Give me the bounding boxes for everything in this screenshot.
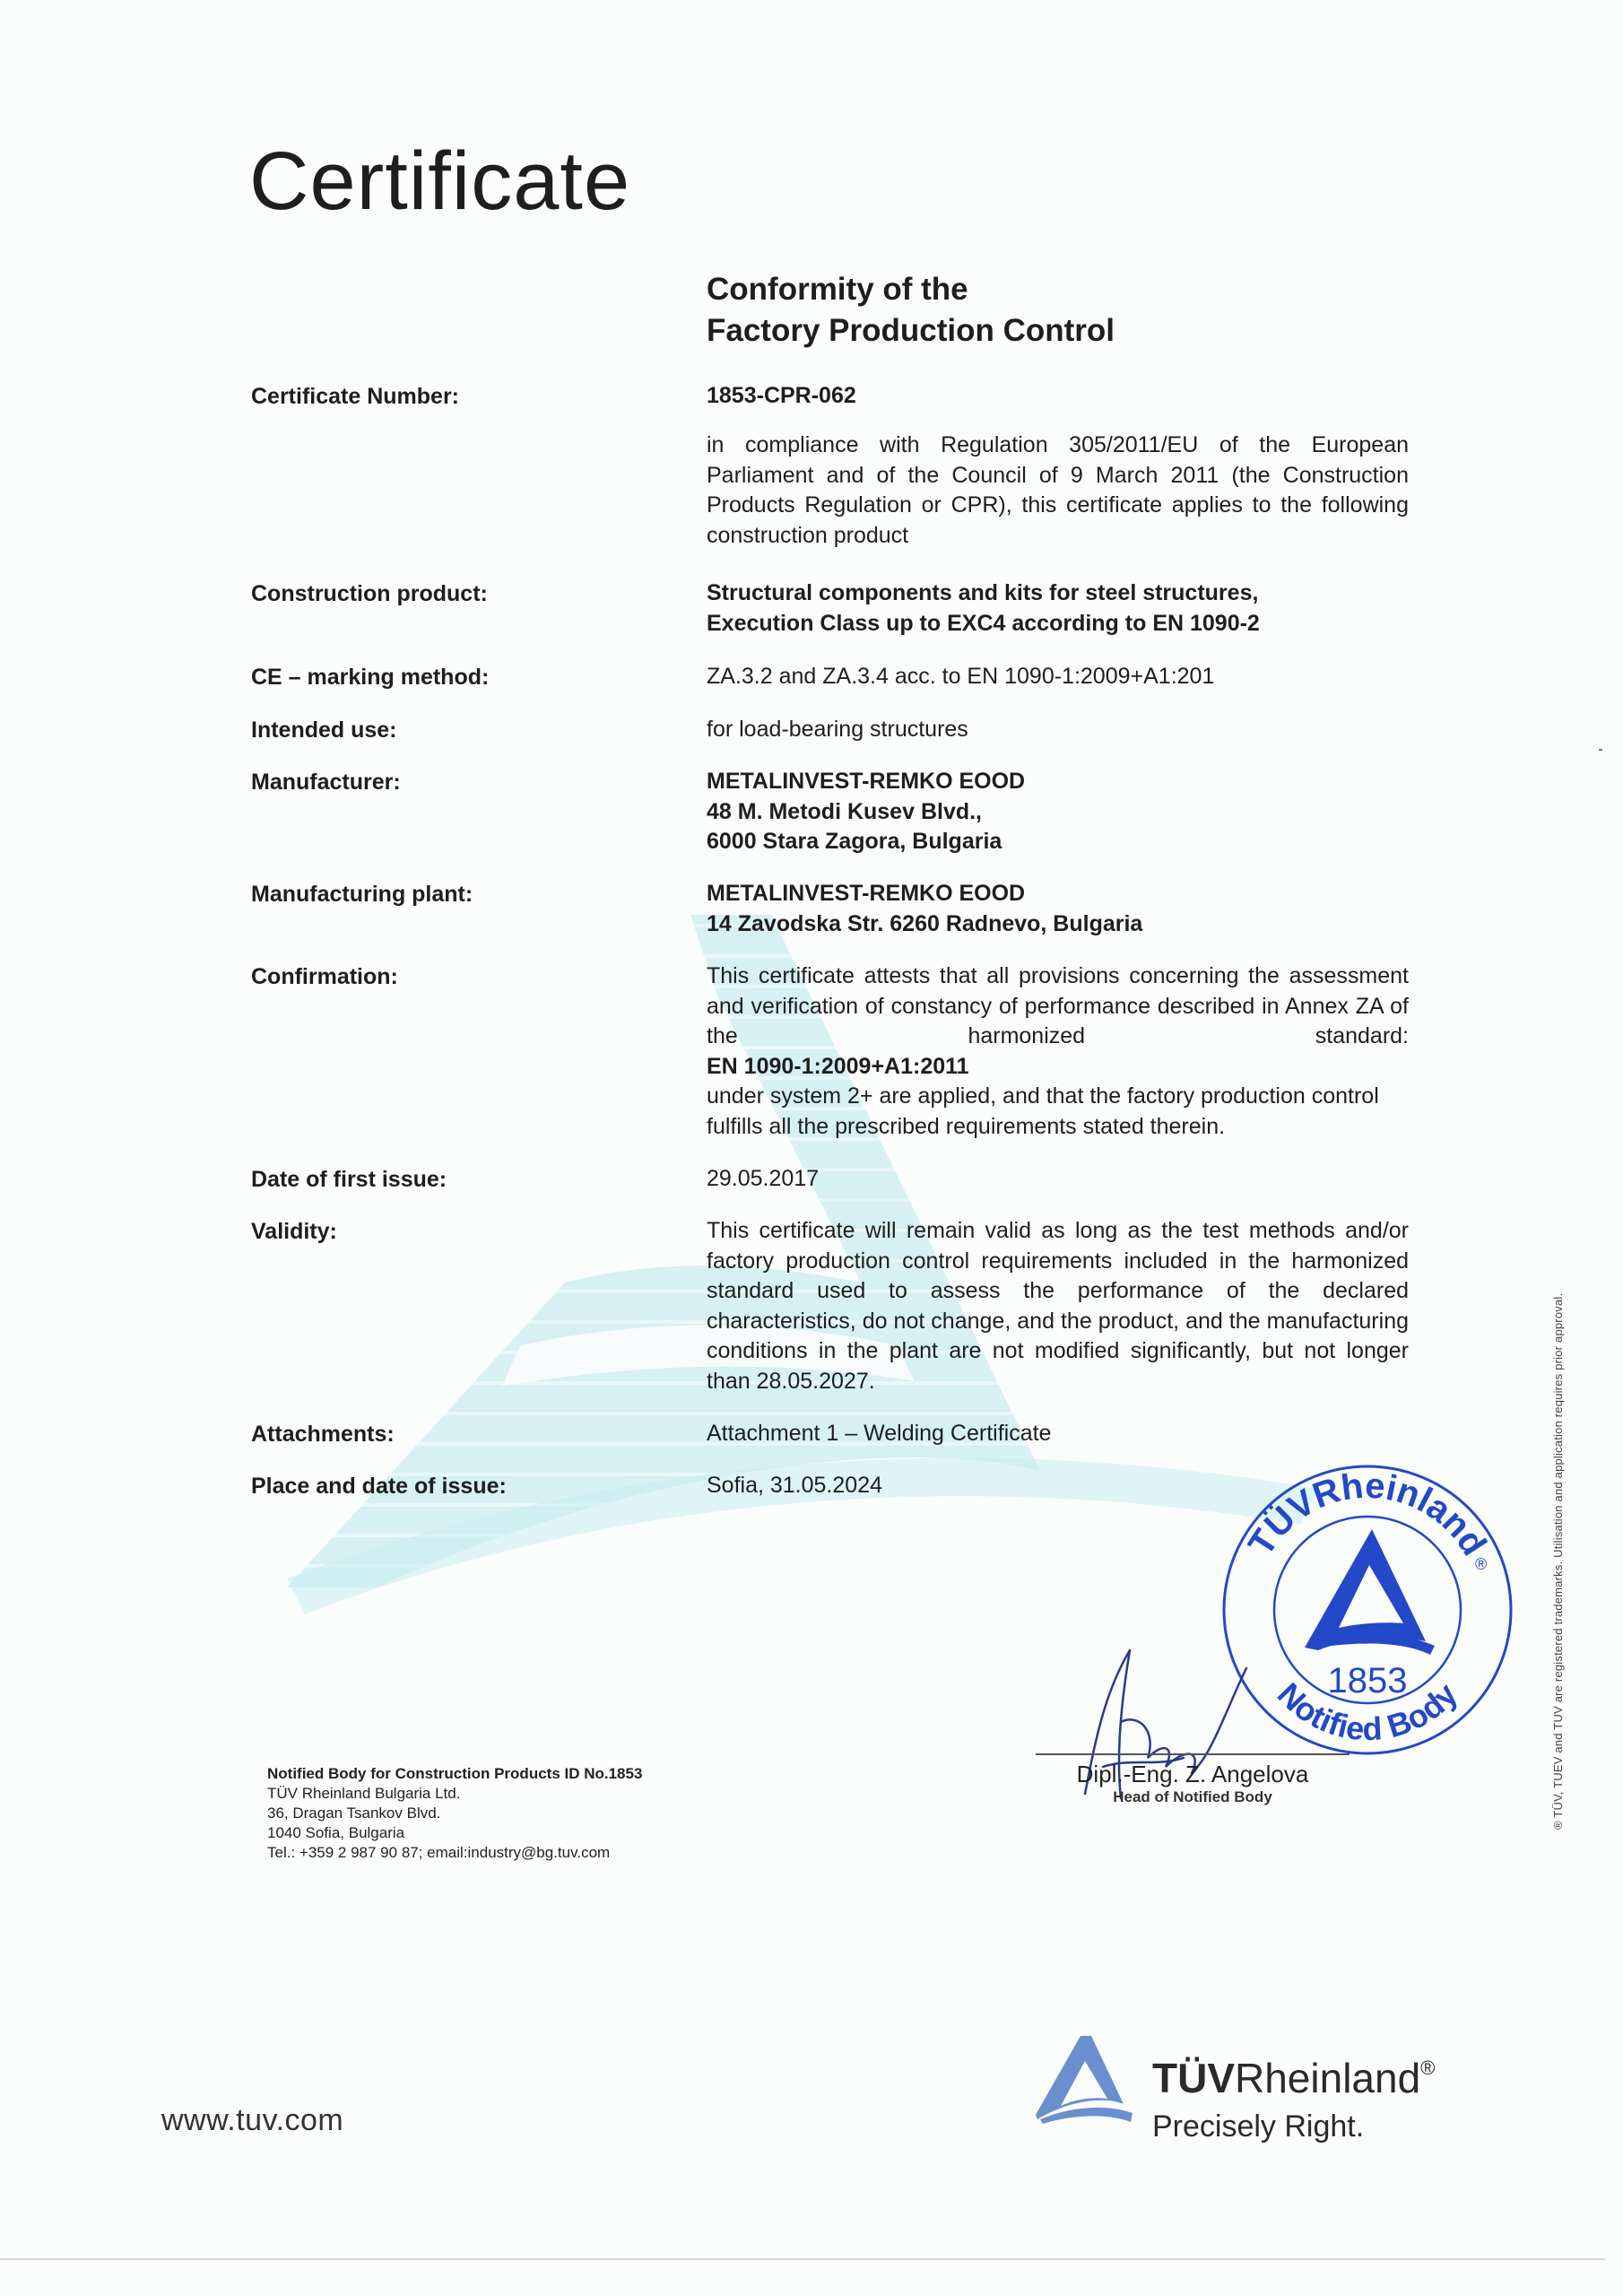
manufacturer-name: METALINVEST-REMKO EOOD xyxy=(707,767,1409,797)
certificate-page: Certificate Conformity of the Factory Pr… xyxy=(0,0,1623,2296)
brand-name: TÜVRheinland® xyxy=(1152,2054,1435,2102)
tuv-triangle-icon xyxy=(1036,2034,1134,2124)
plant-address: 14 Zavodska Str. 6260 Radnevo, Bulgaria xyxy=(707,909,1409,940)
manufacturer-label: Manufacturer: xyxy=(251,767,401,797)
confirmation-text-1: This certificate attests that all provis… xyxy=(707,961,1409,1052)
date-first-issue-label: Date of first issue: xyxy=(251,1164,447,1195)
compliance-text: in compliance with Regulation 305/2011/E… xyxy=(707,430,1409,551)
trademark-note: ® TÜV, TUEV and TUV are registered trade… xyxy=(1551,1293,1565,1830)
stamp-number: 1853 xyxy=(1328,1661,1408,1700)
place-date-issue-label: Place and date of issue: xyxy=(251,1471,507,1501)
construction-product-value: Structural components and kits for steel… xyxy=(707,578,1409,639)
manufacturer-address-1: 48 M. Metodi Kusev Blvd., xyxy=(707,797,1409,828)
confirmation-standard: EN 1090-1:2009+A1:2011 xyxy=(707,1052,1409,1083)
brand-registered: ® xyxy=(1420,2057,1435,2079)
certificate-number-value: 1853-CPR-062 xyxy=(707,381,1409,412)
website-link[interactable]: www.tuv.com xyxy=(161,2103,343,2138)
scan-mark xyxy=(1599,749,1602,751)
notified-body-address: Notified Body for Construction Products … xyxy=(267,1764,642,1863)
attachments-value: Attachment 1 – Welding Certificate xyxy=(707,1419,1409,1449)
brand-name-regular: Rheinland xyxy=(1235,2055,1420,2101)
brand-tagline: Precisely Right. xyxy=(1152,2109,1364,2144)
validity-label: Validity: xyxy=(251,1216,337,1247)
brand-name-bold: TÜV xyxy=(1152,2055,1235,2101)
document-subtitle: Conformity of the Factory Production Con… xyxy=(707,269,1115,352)
signatory-name: Dipl.-Eng. Z. Angelova xyxy=(1031,1761,1354,1788)
tuv-brand-logo: TÜVRheinland® Precisely Right. xyxy=(1036,2027,1538,2161)
construction-product-label: Construction product: xyxy=(251,578,488,609)
stamp-registered: ® xyxy=(1475,1555,1487,1573)
confirmation-label: Confirmation: xyxy=(251,961,398,992)
manufacturer-value: METALINVEST-REMKO EOOD 48 M. Metodi Kuse… xyxy=(707,767,1409,857)
validity-value: This certificate will remain valid as lo… xyxy=(707,1216,1409,1396)
notified-body-street: 36, Dragan Tsankov Blvd. xyxy=(267,1804,642,1823)
document-title: Certificate xyxy=(249,135,630,229)
notified-body-company: TÜV Rheinland Bulgaria Ltd. xyxy=(267,1784,642,1804)
confirmation-text-2: under system 2+ are applied, and that th… xyxy=(707,1082,1409,1142)
manufacturing-plant-label: Manufacturing plant: xyxy=(251,879,473,909)
subtitle-line-1: Conformity of the xyxy=(707,269,1115,310)
manufacturing-plant-value: METALINVEST-REMKO EOOD 14 Zavodska Str. … xyxy=(707,879,1409,939)
plant-name: METALINVEST-REMKO EOOD xyxy=(707,879,1409,909)
ce-marking-label: CE – marking method: xyxy=(251,662,489,692)
notified-body-contact: Tel.: +359 2 987 90 87; email:industry@b… xyxy=(267,1843,642,1863)
certificate-number-label: Certificate Number: xyxy=(251,381,459,412)
notified-body-title: Notified Body for Construction Products … xyxy=(267,1764,642,1784)
construction-product-line-1: Structural components and kits for steel… xyxy=(707,578,1409,609)
confirmation-value: This certificate attests that all provis… xyxy=(707,961,1409,1142)
subtitle-line-2: Factory Production Control xyxy=(707,310,1115,352)
date-first-issue-value: 29.05.2017 xyxy=(707,1164,1409,1195)
signatory-block: Dipl.-Eng. Z. Angelova Head of Notified … xyxy=(1031,1753,1354,1806)
construction-product-line-2: Execution Class up to EXC4 according to … xyxy=(707,609,1409,639)
signatory-role: Head of Notified Body xyxy=(1031,1788,1354,1806)
manufacturer-address-2: 6000 Stara Zagora, Bulgaria xyxy=(707,827,1409,857)
signature-line xyxy=(1036,1753,1350,1755)
bottom-rule xyxy=(0,2258,1605,2260)
intended-use-label: Intended use: xyxy=(251,715,397,745)
ce-marking-value: ZA.3.2 and ZA.3.4 acc. to EN 1090-1:2009… xyxy=(707,662,1409,692)
attachments-label: Attachments: xyxy=(251,1419,395,1449)
intended-use-value: for load-bearing structures xyxy=(707,715,1409,745)
notified-body-city: 1040 Sofia, Bulgaria xyxy=(267,1823,642,1843)
